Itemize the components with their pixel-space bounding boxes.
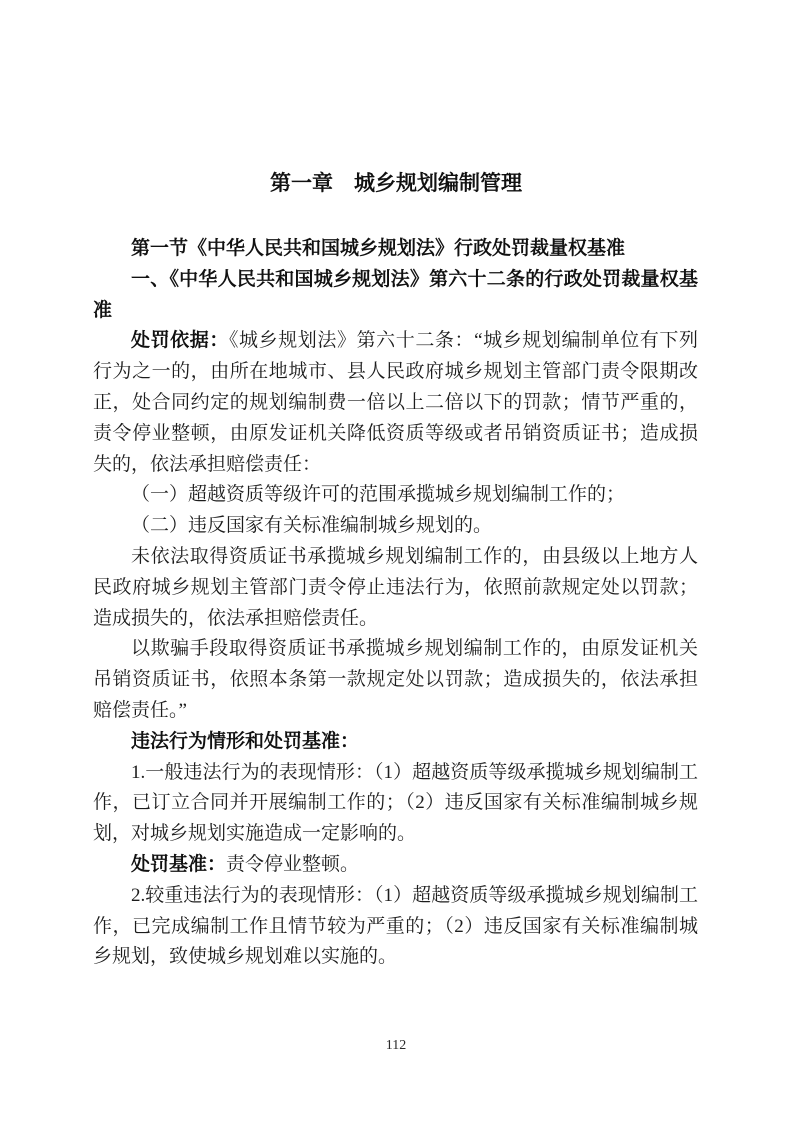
paragraph-penalty-standard: 处罚基准：责令停业整顿。 — [93, 850, 698, 881]
paragraph-text: 责令停业整顿。 — [226, 854, 359, 875]
paragraph-general-violation: 1.一般违法行为的表现情形：（1）超越资质等级承揽城乡规划编制工作，已订立合同并… — [93, 758, 698, 850]
paragraph-penalty-basis: 处罚依据：《城乡规划法》第六十二条：“城乡规划编制单位有下列行为之一的，由所在地… — [93, 326, 698, 480]
paragraph-fraud: 以欺骗手段取得资质证书承揽城乡规划编制工作的，由原发证机关吊销资质证书，依照本条… — [93, 634, 698, 726]
list-item-two: （二）违反国家有关标准编制城乡规划的。 — [93, 511, 698, 542]
paragraph-serious-violation: 2.较重违法行为的表现情形：（1）超越资质等级承揽城乡规划编制工作，已完成编制工… — [93, 881, 698, 973]
section-heading: 第一节《中华人民共和国城乡规划法》行政处罚裁量权基准 — [93, 234, 698, 265]
paragraph-lead: 处罚基准： — [131, 854, 226, 875]
page-number: 112 — [0, 1037, 792, 1055]
document-body: 第一节《中华人民共和国城乡规划法》行政处罚裁量权基准 一、《中华人民共和国城乡规… — [93, 234, 698, 973]
chapter-title: 第一章 城乡规划编制管理 — [0, 171, 792, 195]
subsection-heading: 一、《中华人民共和国城乡规划法》第六十二条的行政处罚裁量权基准 — [93, 265, 698, 327]
paragraph-no-certificate: 未依法取得资质证书承揽城乡规划编制工作的，由县级以上地方人民政府城乡规划主管部门… — [93, 542, 698, 634]
paragraph-text: 《城乡规划法》第六十二条：“城乡规划编制单位有下列行为之一的，由所在地城市、县人… — [93, 330, 698, 474]
paragraph-lead: 处罚依据： — [131, 330, 229, 351]
list-item-one: （一）超越资质等级许可的范围承揽城乡规划编制工作的； — [93, 480, 698, 511]
document-page: 第一章 城乡规划编制管理 第一节《中华人民共和国城乡规划法》行政处罚裁量权基准 … — [0, 0, 792, 1121]
heading-violation-criteria: 违法行为情形和处罚基准： — [93, 727, 698, 758]
